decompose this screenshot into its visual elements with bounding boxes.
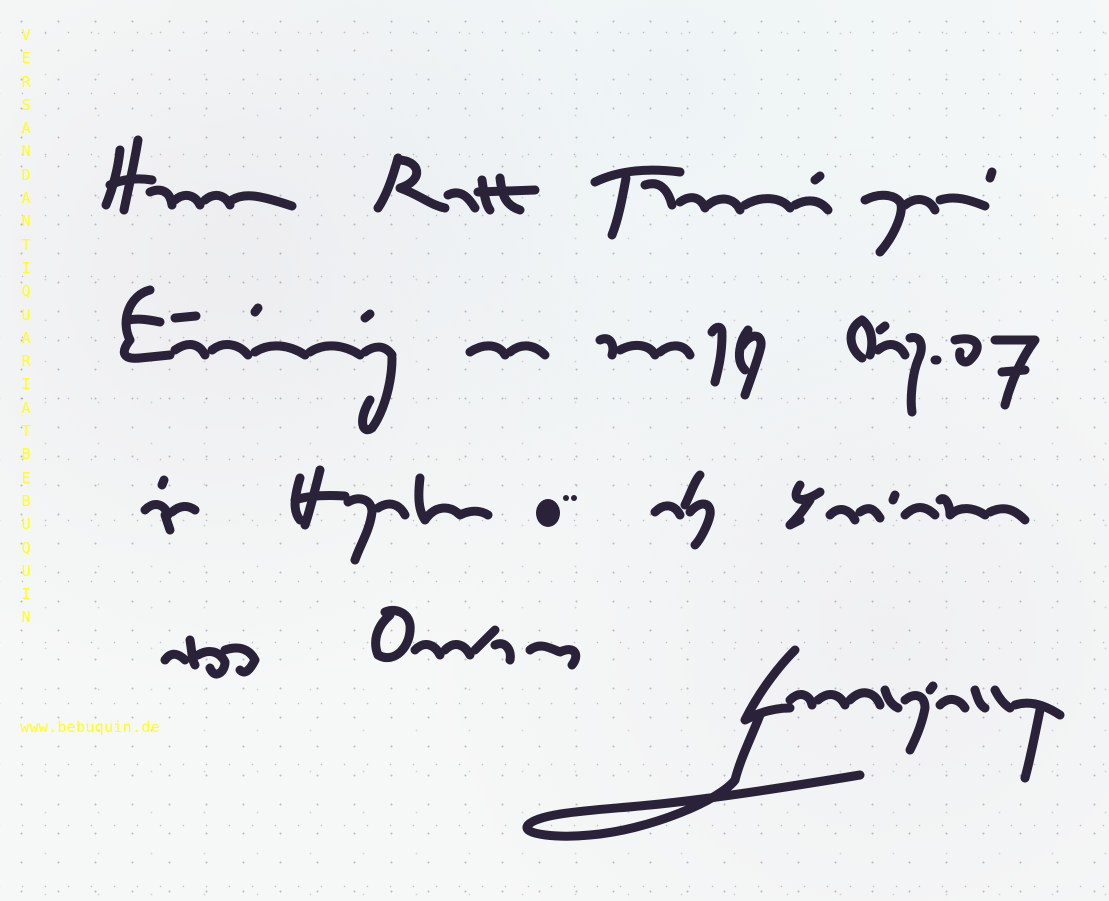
handwriting-line-3b [655,475,1025,545]
handwriting-line-4 [165,611,576,675]
handwritten-note: Herrn Rath Thoma zur Erinnerung an den 1… [0,0,1109,901]
handwriting-line-2 [124,290,1035,430]
handwriting-line-3 [145,470,488,560]
handwriting-line-3-dot [536,495,577,527]
signature [527,650,1060,836]
handwriting-strokes [0,0,1109,901]
handwriting-line-1 [106,140,992,252]
